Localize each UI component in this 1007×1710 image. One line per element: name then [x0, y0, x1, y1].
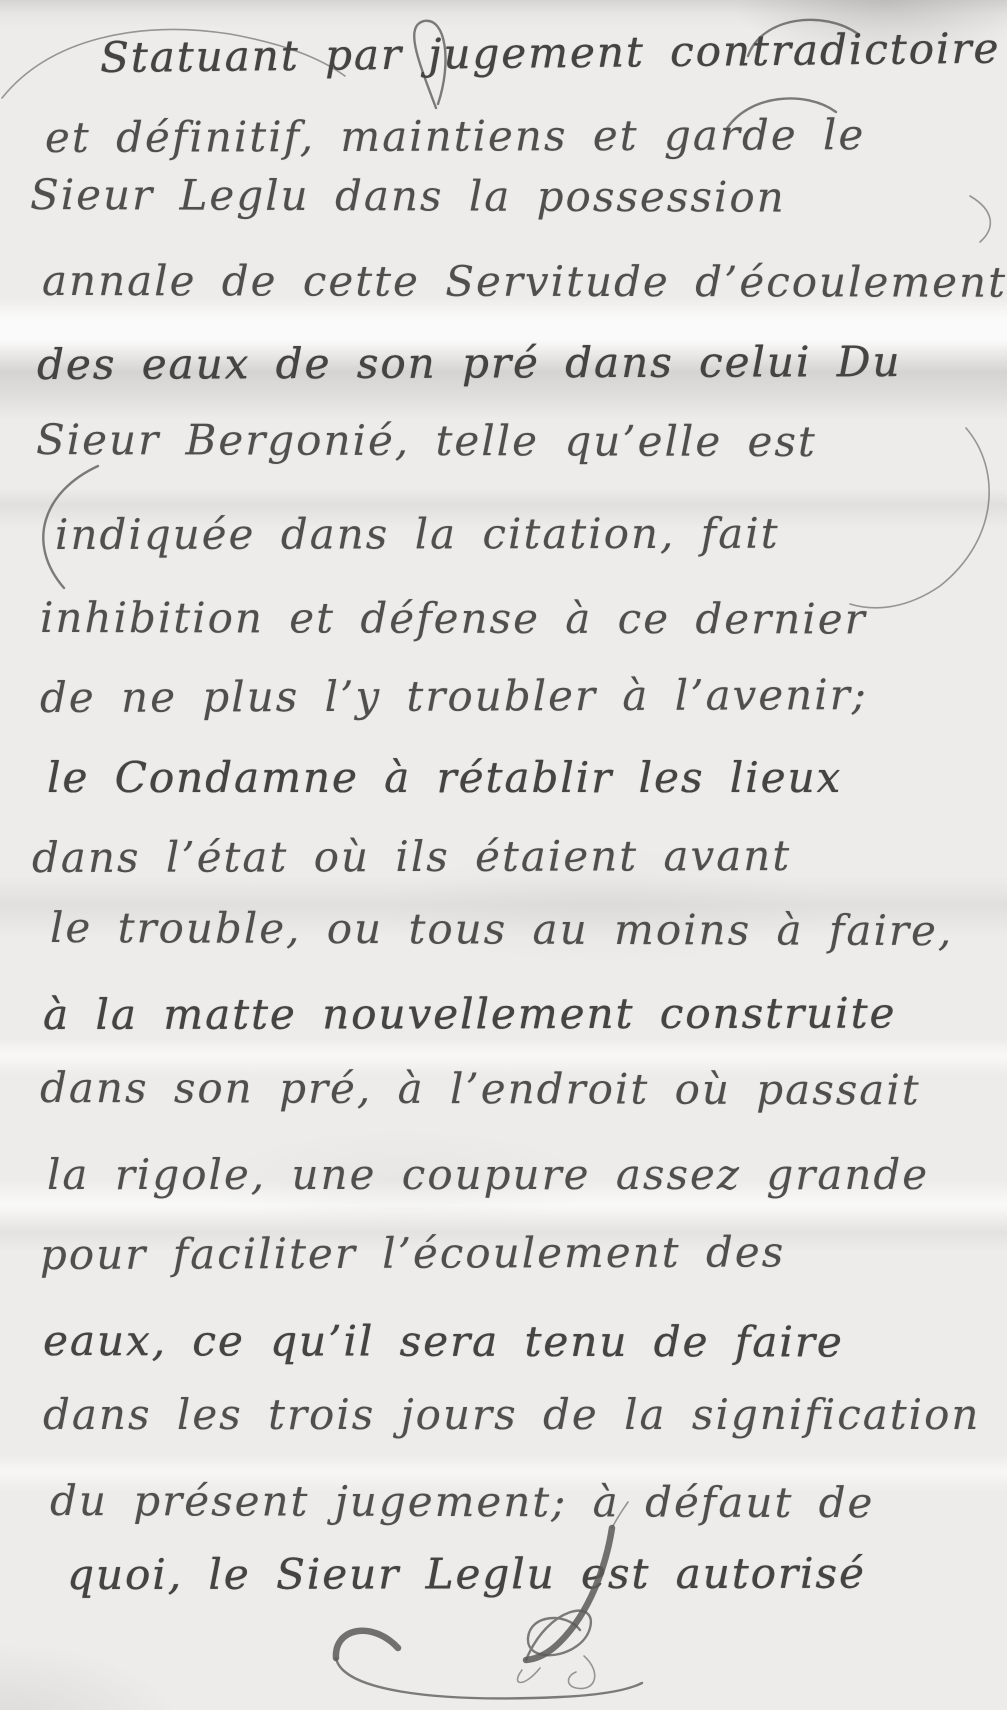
manuscript-page: Statuant par jugement contradictoire et …	[0, 0, 1007, 1710]
signature-paraph	[0, 0, 1007, 1710]
paraph-stem-hairline	[612, 1502, 628, 1528]
paraph-sweep	[336, 1631, 398, 1658]
paraph-tail	[336, 1658, 642, 1698]
paraph-stem	[526, 1528, 612, 1660]
